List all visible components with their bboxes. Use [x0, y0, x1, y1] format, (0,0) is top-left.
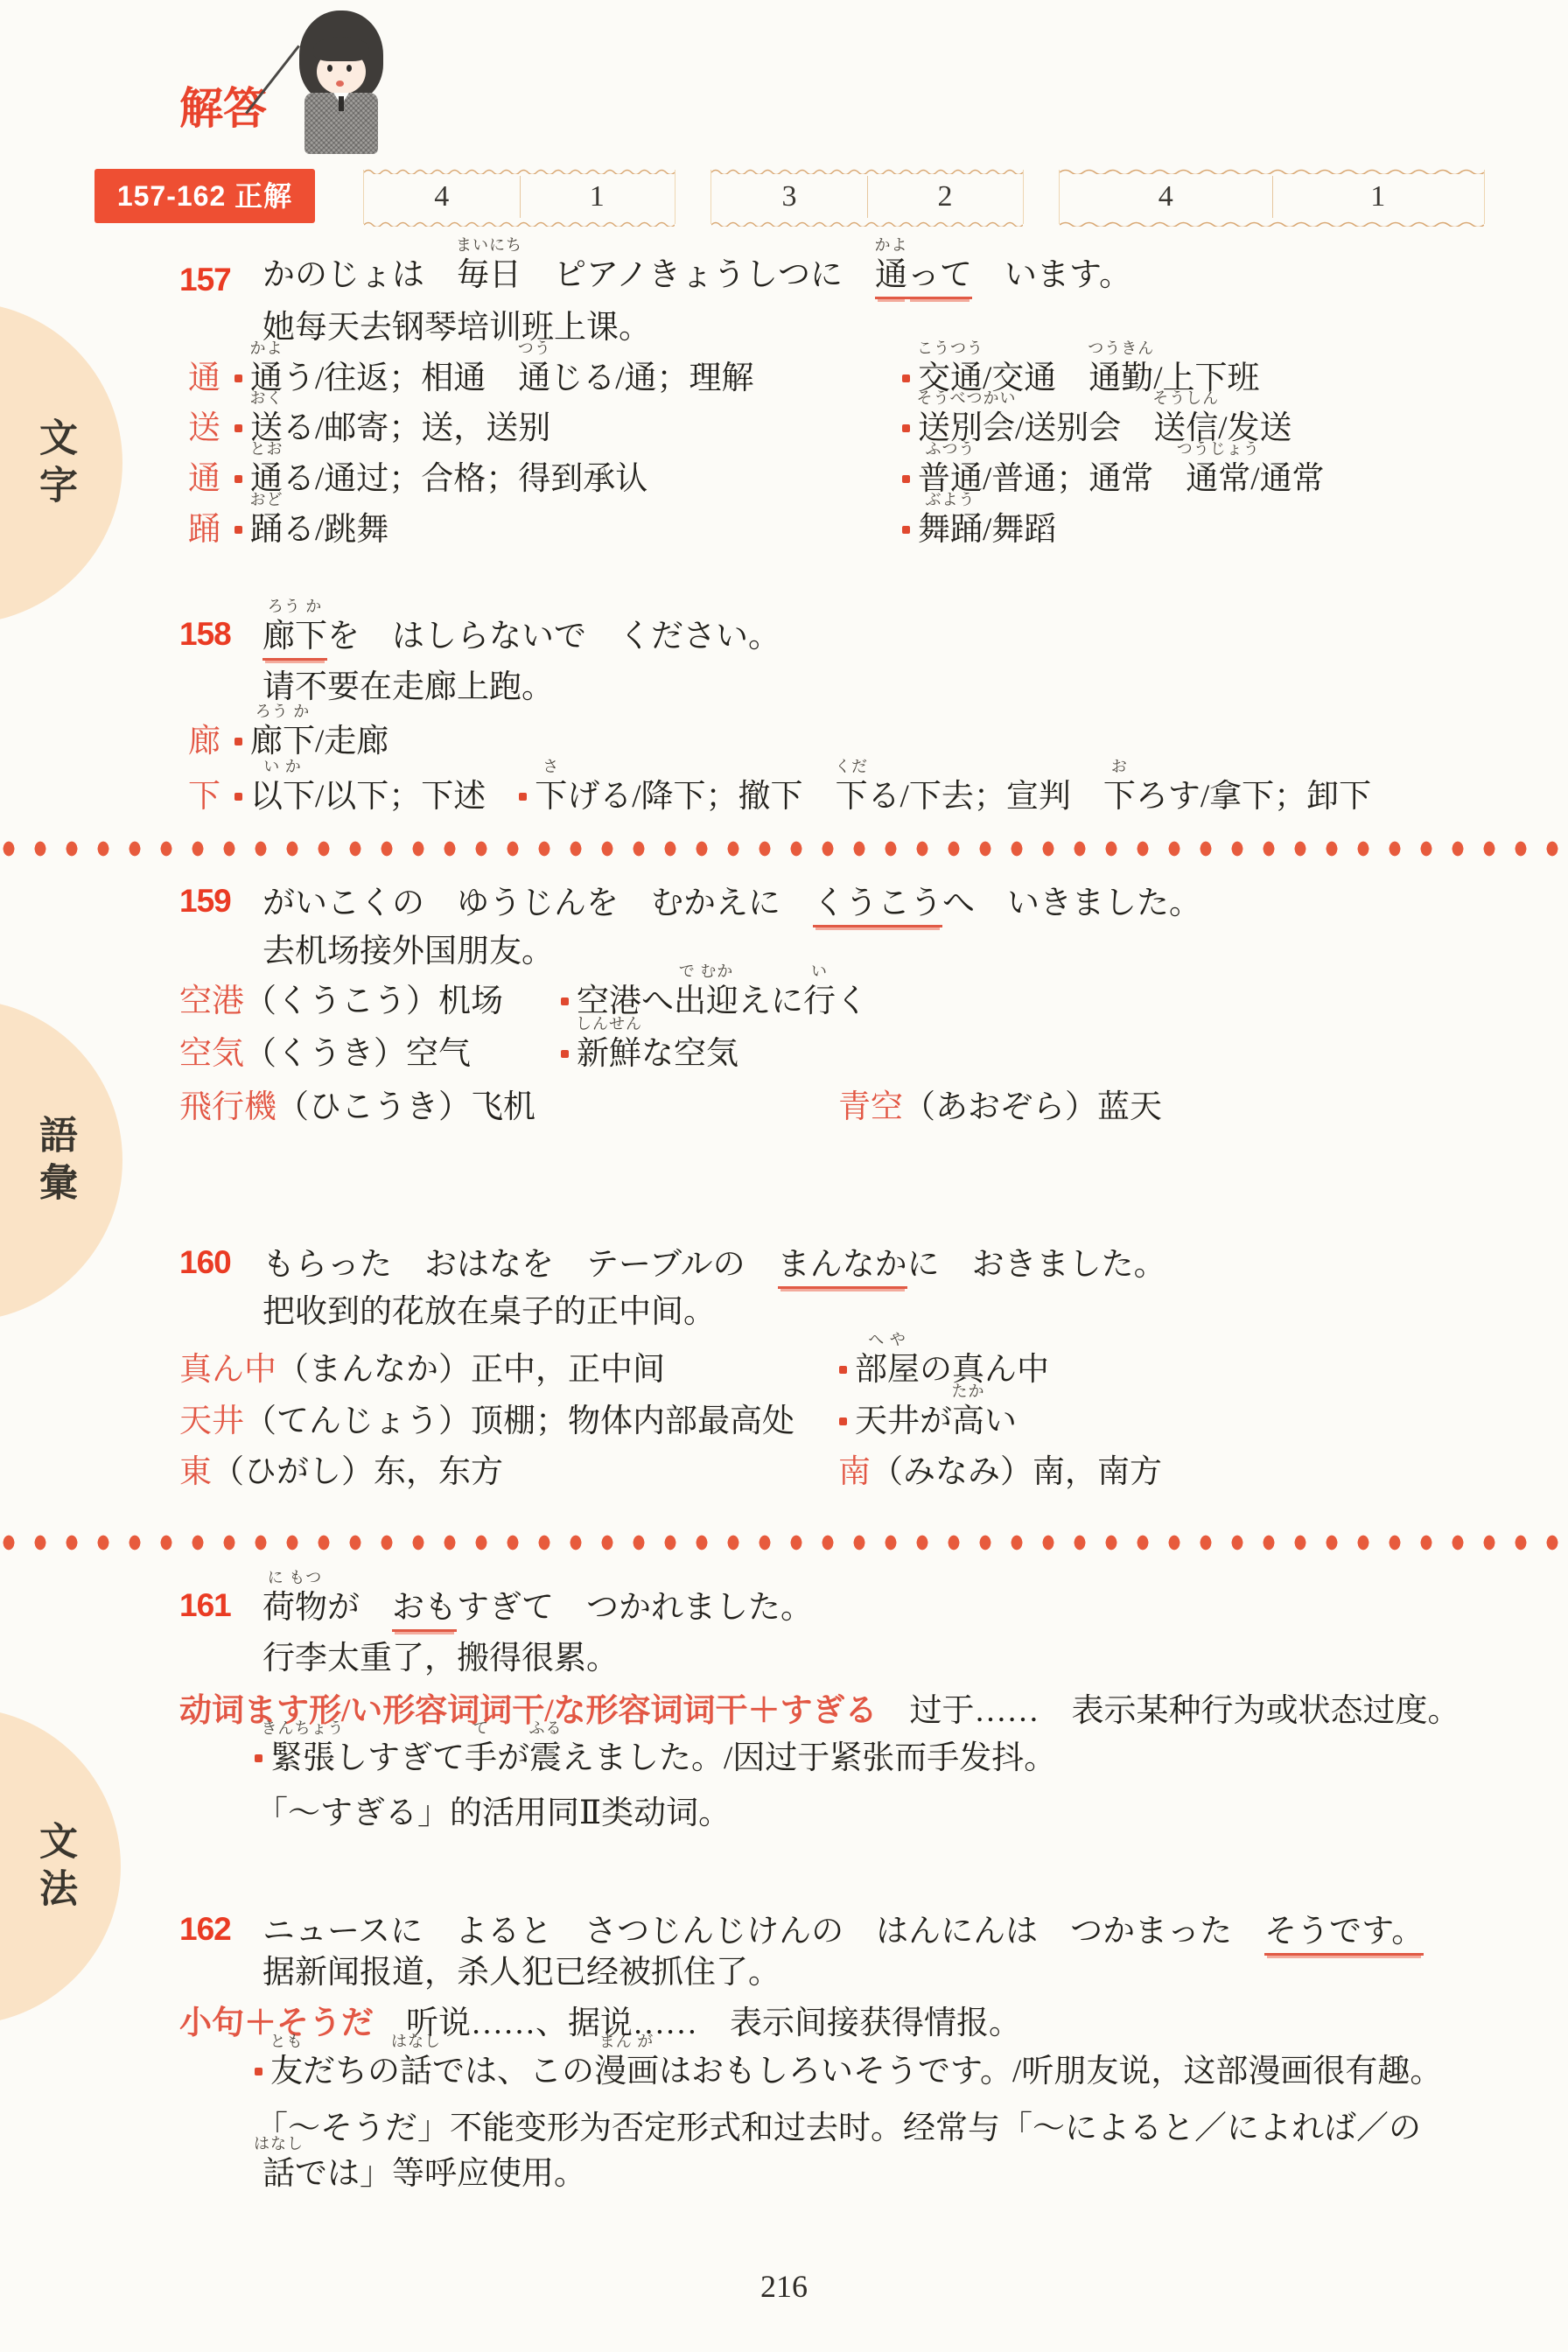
question-number: 160 — [179, 1245, 231, 1280]
furigana: おく — [250, 390, 283, 406]
vocab-entry: 舞踊ぶよう/舞蹈 — [901, 510, 1056, 550]
vocab-row: 廊廊下ろう か/走廊 — [188, 699, 901, 762]
furigana: さ — [542, 759, 559, 774]
answer-box-group: 4 1 — [363, 170, 675, 224]
text-segment: 下くだ — [836, 777, 868, 817]
text-segment: げる/降下；撤下 — [567, 777, 835, 817]
text-segment: 話はなし — [262, 2154, 295, 2194]
text-segment: る/下去；宣判 — [868, 777, 1103, 817]
bullet-dot — [234, 738, 242, 745]
cell-divider — [520, 176, 521, 218]
vocab-row: 踊踊おどる/跳舞舞踊ぶよう/舞蹈 — [188, 487, 1056, 550]
furigana: かよ — [875, 237, 908, 253]
page-number: 216 — [0, 2268, 1568, 2305]
bullet-dot — [902, 475, 910, 483]
furigana: しんせん — [576, 1016, 642, 1032]
vocab-row: 下以下い か/以下；下述 下さげる/降下；撤下 下くだる/下去；宣判 下おろす/… — [188, 754, 1371, 817]
furigana: とも — [270, 2033, 304, 2049]
furigana: おど — [250, 492, 283, 507]
furigana: て — [472, 1720, 489, 1736]
teacher-illustration — [254, 3, 407, 157]
sidebar-tab-goi: 語彙 — [26, 1115, 82, 1209]
word-row: 東（ひがし）东，东方南（みなみ）南，南方 — [179, 1430, 1162, 1493]
text-segment: ろす/拿下；卸下 — [1136, 777, 1371, 817]
vocab-head-kanji: 踊 — [188, 510, 234, 550]
bullet-dot — [234, 793, 242, 801]
furigana: はなし — [391, 2033, 441, 2049]
furigana: つうきん — [1088, 340, 1154, 356]
text-segment: くうこう — [813, 884, 942, 927]
teacher-eye — [327, 65, 332, 72]
question-number: 158 — [179, 617, 231, 652]
answer-cell: 4 — [1060, 170, 1272, 224]
furigana: つうじょう — [1177, 441, 1260, 457]
answer-box-group: 4 1 — [1059, 170, 1485, 224]
word-entry: 南（みなみ）南，南方 — [838, 1454, 1162, 1490]
word-entry: 青空（あおぞら）蓝天 — [838, 1089, 1162, 1125]
furigana: そうしん — [1152, 390, 1219, 406]
wavy-border-bottom — [711, 220, 1023, 227]
bullet-dot — [561, 1050, 569, 1058]
answer-cell: 1 — [1272, 170, 1485, 224]
furigana: たか — [952, 1383, 985, 1399]
text-segment: えに — [738, 982, 803, 1022]
furigana: に もつ — [268, 1570, 323, 1585]
wavy-border-bottom — [1060, 220, 1484, 227]
text-segment: に おきました。 — [907, 1245, 1166, 1285]
grammar-note: 「～すぎる」的活用同Ⅱ类动词。 — [255, 1771, 731, 1834]
bullet-dot — [234, 374, 242, 382]
bullet-dot — [561, 997, 569, 1005]
furigana: へ や — [868, 1332, 906, 1347]
furigana: はなし — [254, 2136, 304, 2152]
furigana: そうべつかい — [917, 390, 1017, 406]
grammar-example: 緊張きんちょうしすぎて手てが震ふるえました。/因过于紧张而手发抖。 — [254, 1716, 1056, 1779]
text-segment: /通常 — [1250, 459, 1324, 500]
furigana: とお — [250, 441, 283, 457]
text-segment: /以下；下述 — [315, 777, 518, 817]
bullet-dot — [234, 424, 242, 432]
bullet-dot — [902, 424, 910, 432]
furigana: ふつう — [926, 441, 976, 457]
furigana: まいにち — [456, 237, 522, 253]
text-segment: 踊おど — [250, 510, 283, 550]
vocab-entry: 以下い か/以下；下述 下さげる/降下；撤下 下くだる/下去；宣判 下おろす/拿… — [234, 779, 1371, 815]
teacher-tie — [339, 96, 344, 111]
furigana: ろう か — [255, 703, 311, 719]
text-segment: （ひこうき）飞机 — [276, 1088, 535, 1128]
wavy-border-bottom — [364, 220, 675, 227]
teacher-eye — [346, 65, 352, 72]
text-segment: （あおぞら）蓝天 — [903, 1088, 1162, 1128]
answer-cell: 1 — [520, 170, 675, 224]
text-segment: る/跳舞 — [283, 510, 388, 550]
furigana: ふる — [529, 1720, 563, 1736]
bullet-dot — [519, 793, 527, 801]
answer-cell: 2 — [867, 170, 1023, 224]
text-segment: 舞踊ぶよう — [918, 510, 983, 550]
text-segment: って — [907, 255, 972, 299]
answer-box-group: 3 2 — [710, 170, 1024, 224]
question-translation: 把收到的花放在桌子的正中间。 — [262, 1270, 716, 1333]
text-segment: 青空 — [838, 1088, 903, 1128]
grammar-note-continued: 話はなしでは」等呼应使用。 — [262, 2131, 586, 2194]
question-number: 159 — [179, 884, 231, 919]
text-segment: 東 — [179, 1452, 212, 1493]
furigana: で むか — [679, 963, 734, 979]
question-number: 157 — [179, 262, 231, 297]
answer-range-badge: 157-162 正解 — [94, 169, 315, 223]
furigana: こうつう — [917, 340, 983, 356]
question-number: 161 — [179, 1588, 231, 1623]
text-segment: 「～すぎる」的活用同Ⅱ类动词。 — [255, 1794, 731, 1834]
furigana: まん が — [599, 2033, 654, 2049]
text-segment: へ いきました。 — [942, 884, 1201, 924]
teacher-mouth — [336, 80, 344, 87]
answer-cell: 4 — [364, 170, 520, 224]
furigana: お — [1111, 759, 1128, 774]
teacher-bangs — [313, 37, 369, 61]
text-segment: （ひがし）东，东方 — [212, 1452, 503, 1493]
pointer-stick — [245, 45, 300, 114]
furigana: い か — [263, 759, 302, 774]
text-segment: 行い — [803, 982, 836, 1022]
text-segment: まんなか — [778, 1245, 907, 1289]
section-separator-dots — [0, 1534, 1568, 1551]
text-segment: く — [836, 982, 868, 1022]
bullet-dot — [902, 526, 910, 534]
grammar-example: 友ともだちの話はなしでは、この漫画まん がはおもしろいそうです。/听朋友说，这部… — [254, 2029, 1442, 2092]
sidebar-tab-bunpou: 文法 — [26, 1821, 82, 1915]
text-segment: 通常つうじょう — [1186, 459, 1250, 500]
section-separator-dots — [0, 840, 1568, 857]
text-segment: 以下い か — [250, 777, 315, 817]
text-segment: 下お — [1103, 777, 1136, 817]
sidebar-tab-moji: 文字 — [26, 417, 82, 512]
word-row: 飛行機（ひこうき）飞机青空（あおぞら）蓝天 — [179, 1065, 1162, 1128]
furigana: かよ — [250, 340, 283, 356]
text-segment: では」等呼应使用。 — [295, 2154, 586, 2194]
bullet-dot — [255, 1754, 262, 1762]
bullet-dot — [839, 1417, 847, 1425]
text-segment: （みなみ）南，南方 — [871, 1452, 1162, 1493]
cell-divider — [867, 176, 868, 218]
answer-cell: 3 — [711, 170, 867, 224]
bullet-dot — [839, 1366, 847, 1374]
text-segment: そうです。 — [1264, 1912, 1424, 1956]
furigana: ろう か — [268, 598, 323, 614]
furigana: つう — [518, 340, 551, 356]
word-entry: 東（ひがし）东，东方 — [179, 1452, 838, 1493]
bullet-dot — [234, 475, 242, 483]
text-segment: います。 — [972, 255, 1131, 296]
word-entry: 飛行機（ひこうき）飞机 — [179, 1088, 838, 1128]
furigana: きんちょう — [262, 1720, 345, 1736]
textbook-page: { "page_number": "216", "colors": { "acc… — [0, 0, 1568, 2352]
vocab-entry: 踊おどる/跳舞 — [234, 510, 901, 550]
text-segment: 通かよ — [875, 255, 907, 299]
text-segment: /舞蹈 — [983, 510, 1056, 550]
text-segment: 南 — [838, 1452, 871, 1493]
furigana: くだ — [835, 759, 868, 774]
bullet-dot — [902, 374, 910, 382]
text-segment: 飛行機 — [179, 1088, 276, 1128]
question-number: 162 — [179, 1912, 231, 1947]
bullet-dot — [234, 526, 242, 534]
text-segment: 下さ — [535, 777, 567, 817]
bullet-dot — [255, 2068, 262, 2075]
furigana: ぶよう — [926, 492, 976, 507]
furigana: い — [811, 963, 828, 979]
cell-divider — [1272, 176, 1273, 218]
vocab-head-kanji: 下 — [188, 777, 234, 817]
